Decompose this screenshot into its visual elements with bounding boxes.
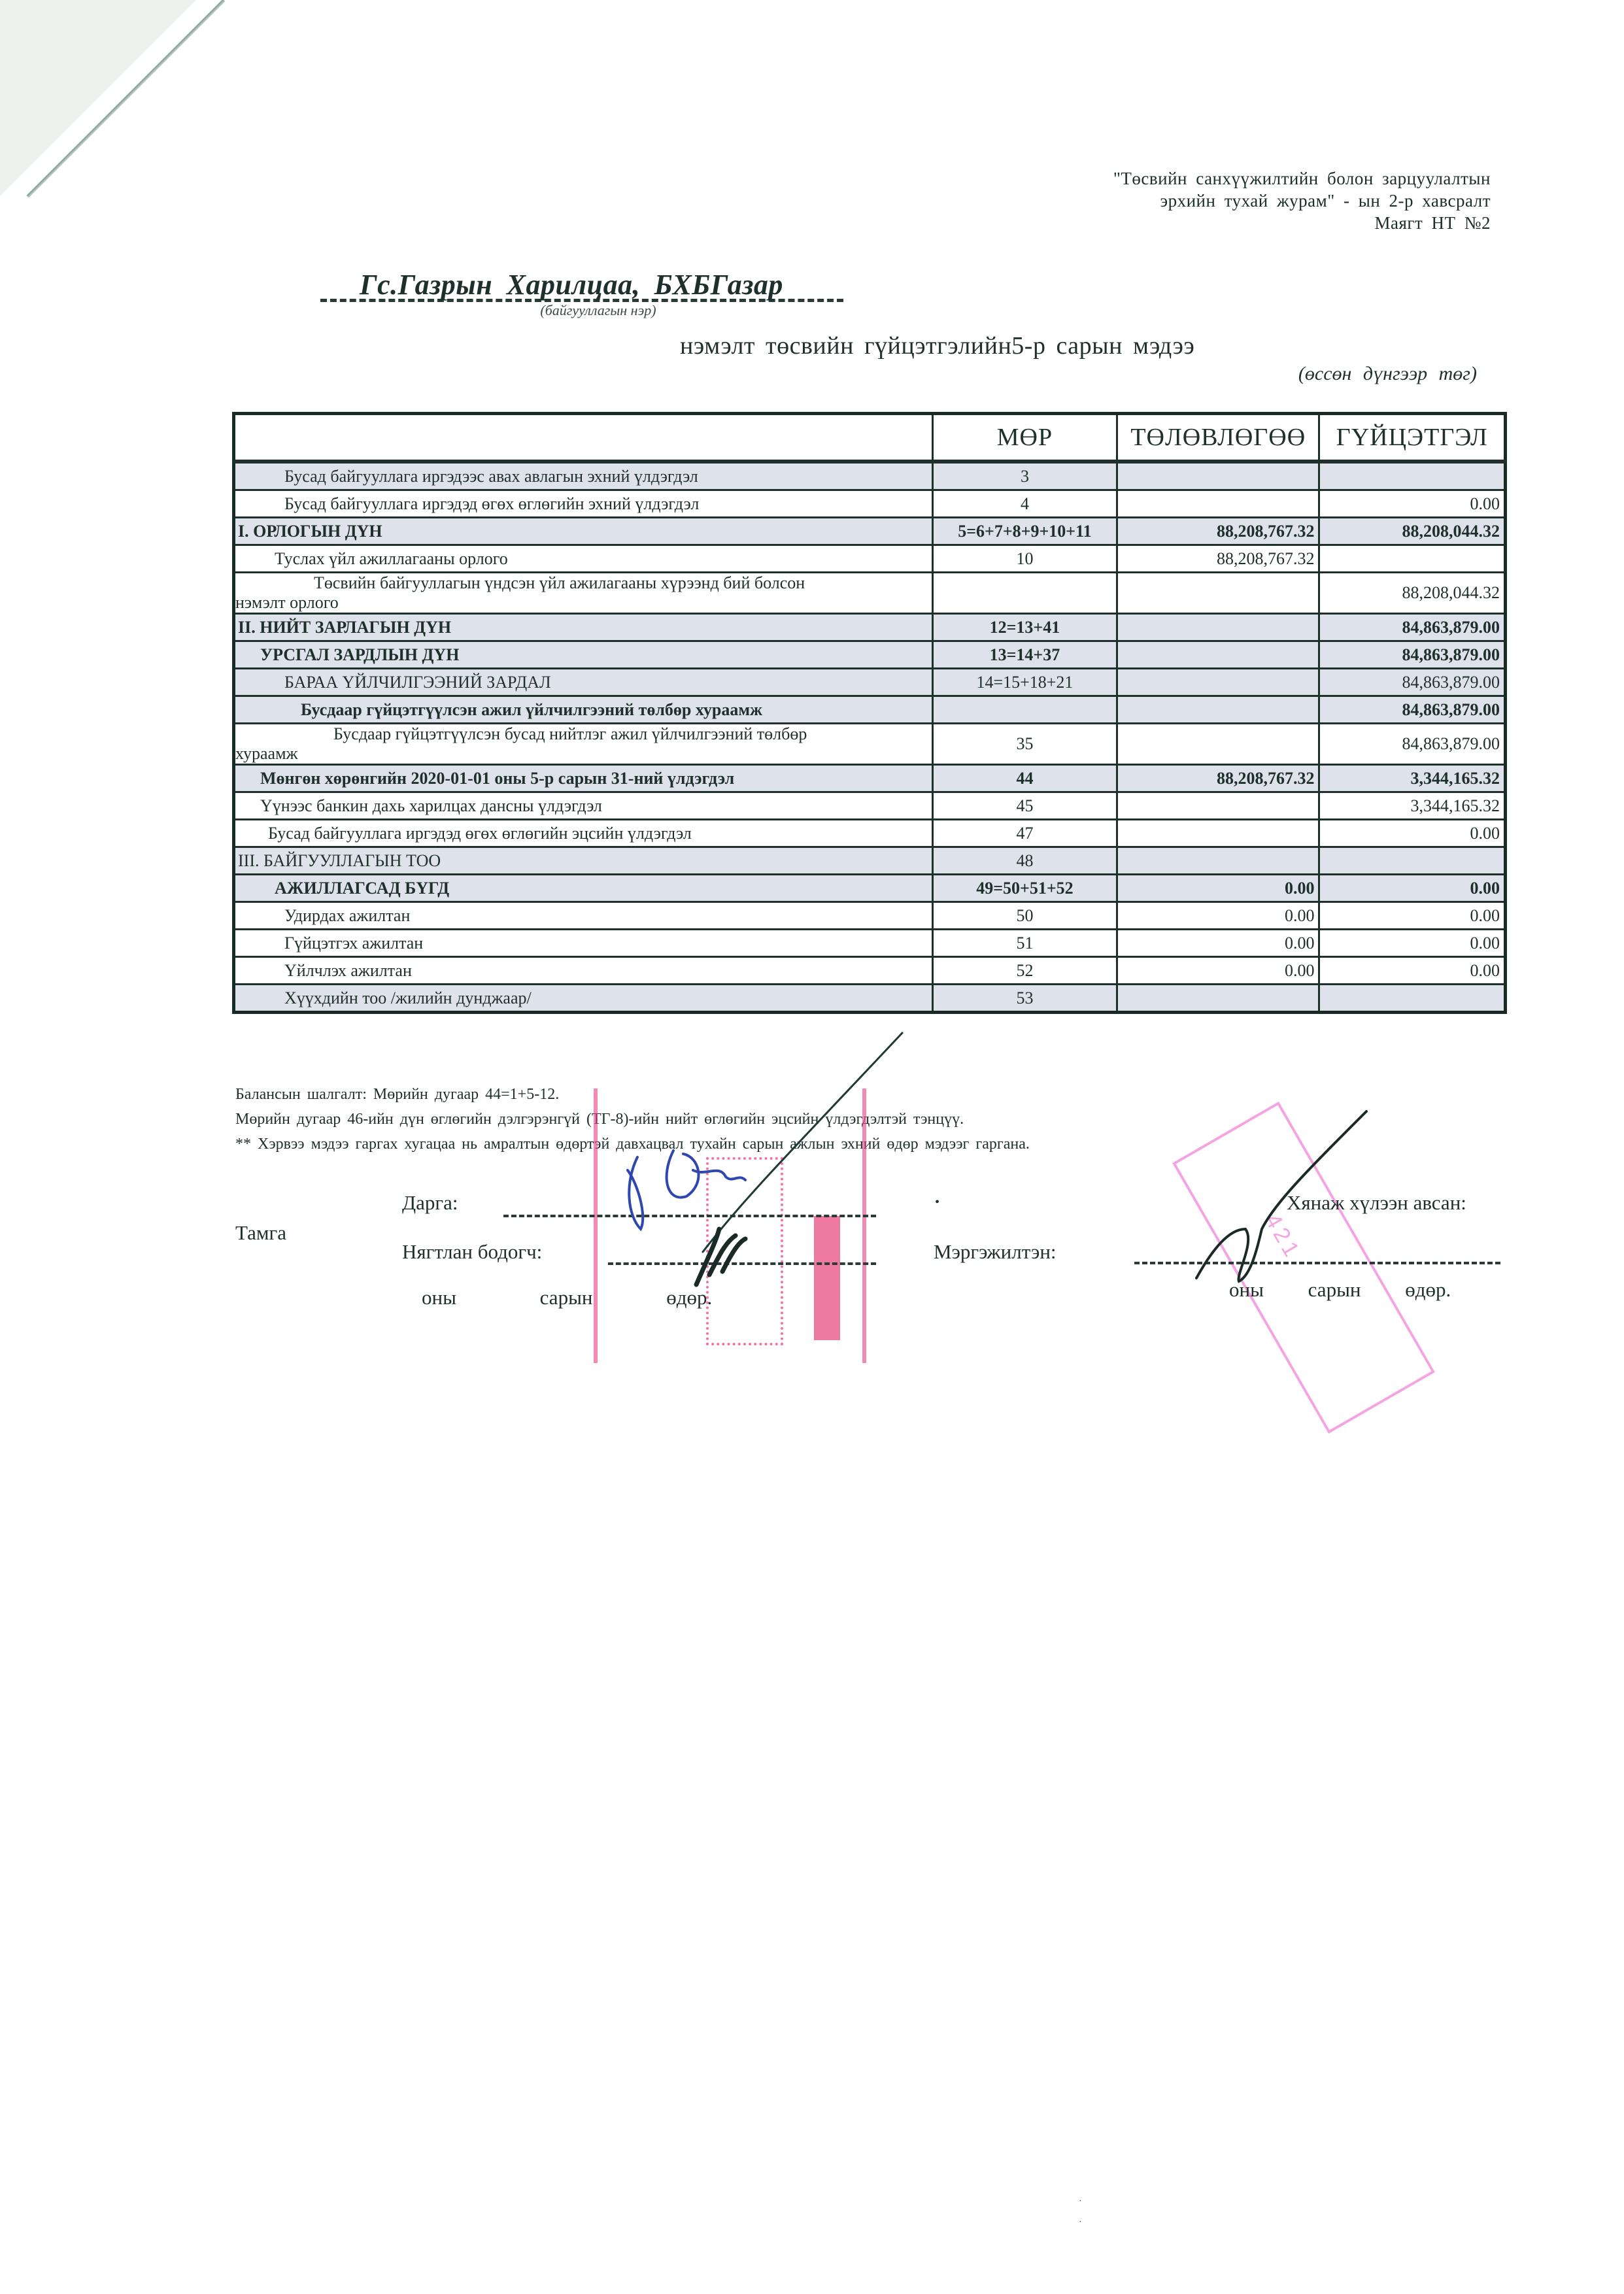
budget-report-table: МӨР ТӨЛӨВЛӨГӨӨ ГҮЙЦЭТГЭЛ Бусад байгуулла… [232, 412, 1507, 1014]
form-code: Маягт НТ №2 [1113, 212, 1491, 234]
row-plan: 0.00 [1117, 957, 1319, 985]
scan-specks: ·· [1079, 2197, 1082, 2228]
row-label: Бусад байгууллага иргэдэд өгөх өглөгийн … [234, 820, 933, 847]
row-plan [1117, 614, 1319, 641]
row-actual: 84,863,879.00 [1319, 614, 1506, 641]
row-actual: 0.00 [1319, 930, 1506, 957]
specialist-signature-line [1134, 1262, 1500, 1264]
table-row: Гүйцэтгэх ажилтан 51 0.00 0.00 [234, 930, 1506, 957]
row-actual: 3,344,165.32 [1319, 792, 1506, 820]
row-actual [1319, 462, 1506, 490]
seal-bar [814, 1216, 840, 1340]
row-label-line-1: Бусдаар гүйцэтгүүлсэн бусад нийтлэг ажил… [333, 724, 807, 743]
reviewed-label: Хянаж хүлээн авсан: [1287, 1191, 1466, 1215]
row-code: 51 [932, 930, 1117, 957]
row-plan: 0.00 [1117, 930, 1319, 957]
accountant-signature-line [608, 1262, 876, 1265]
table-row: Бусдаар гүйцэтгүүлсэн бусад нийтлэг ажил… [234, 724, 1506, 765]
table-row-section-expense: II. НИЙТ ЗАРЛАГЫН ДҮН 12=13+41 84,863,87… [234, 614, 1506, 641]
row-label: II. НИЙТ ЗАРЛАГЫН ДҮН [234, 614, 933, 641]
table-row: Туслах үйл ажиллагааны орлого 10 88,208,… [234, 545, 1506, 573]
table-row: БАРАА ҮЙЛЧИЛГЭЭНИЙ ЗАРДАЛ 14=15+18+21 84… [234, 669, 1506, 696]
appendix-line-2: эрхийн тухай журам" - ын 2-р хавсралт [1113, 190, 1491, 212]
row-plan [1117, 669, 1319, 696]
header-actual: ГҮЙЦЭТГЭЛ [1319, 414, 1506, 462]
row-code: 53 [932, 985, 1117, 1013]
row-label: Бусдаар гүйцэтгүүлсэн ажил үйлчилгээний … [234, 696, 933, 724]
row-actual [1319, 545, 1506, 573]
date-right-day: өдөр. [1405, 1278, 1451, 1301]
row-label: УРСГАЛ ЗАРДЛЫН ДҮН [234, 641, 933, 669]
appendix-note: "Төсвийн санхүүжилтийн болон зарцуулалты… [1113, 167, 1491, 234]
row-label: Бусад байгууллага иргэдэд өгөх өглөгийн … [234, 490, 933, 518]
row-label: Төсвийн байгууллагын үндсэн үйл ажилагаа… [234, 573, 933, 614]
row-actual: 0.00 [1319, 875, 1506, 902]
row-actual: 88,208,044.32 [1319, 518, 1506, 545]
row-actual: 88,208,044.32 [1319, 573, 1506, 614]
review-stamp [1172, 1102, 1435, 1434]
row-code: 48 [932, 847, 1117, 875]
table-row: Хүүхдийн тоо /жилийн дунджаар/ 53 [234, 985, 1506, 1013]
row-label-line-1: Төсвийн байгууллагын үндсэн үйл ажилагаа… [314, 573, 805, 592]
table-row: Үйлчлэх ажилтан 52 0.00 0.00 [234, 957, 1506, 985]
row-plan [1117, 462, 1319, 490]
table-row: УРСГАЛ ЗАРДЛЫН ДҮН 13=14+37 84,863,879.0… [234, 641, 1506, 669]
appendix-line-1: "Төсвийн санхүүжилтийн болон зарцуулалты… [1113, 167, 1491, 190]
row-plan: 88,208,767.32 [1117, 765, 1319, 792]
row-code: 50 [932, 902, 1117, 930]
header-plan: ТӨЛӨВЛӨГӨӨ [1117, 414, 1319, 462]
row-plan: 88,208,767.32 [1117, 518, 1319, 545]
date-left: оны сарын өдөр. [422, 1286, 712, 1309]
organization-block: Гс.Газрын Харилцаа, БХБГазар (байгууллаг… [320, 268, 850, 319]
row-label: Гүйцэтгэх ажилтан [234, 930, 933, 957]
table-row-cash-balance: Мөнгөн хөрөнгийн 2020-01-01 оны 5-р сары… [234, 765, 1506, 792]
row-plan [1117, 490, 1319, 518]
row-actual: 3,344,165.32 [1319, 765, 1506, 792]
table-row-section-income: I. ОРЛОГЫН ДҮН 5=6+7+8+9+10+11 88,208,76… [234, 518, 1506, 545]
table-row: Бусад байгууллага иргэдэд өгөх өглөгийн … [234, 490, 1506, 518]
row-label: Бусад байгууллага иргэдээс авах авлагын … [234, 462, 933, 490]
row-plan [1117, 724, 1319, 765]
row-label: Үйлчлэх ажилтан [234, 957, 933, 985]
row-label: АЖИЛЛАГСАД БҮГД [234, 875, 933, 902]
date-right-month: сарын [1308, 1278, 1361, 1301]
row-code: 49=50+51+52 [932, 875, 1117, 902]
row-code [932, 696, 1117, 724]
row-label: I. ОРЛОГЫН ДҮН [234, 518, 933, 545]
row-actual: 0.00 [1319, 820, 1506, 847]
row-code: 10 [932, 545, 1117, 573]
dot-mark: • [935, 1195, 939, 1210]
row-actual: 0.00 [1319, 957, 1506, 985]
row-plan [1117, 696, 1319, 724]
table-header-row: МӨР ТӨЛӨВЛӨГӨӨ ГҮЙЦЭТГЭЛ [234, 414, 1506, 462]
row-actual: 84,863,879.00 [1319, 724, 1506, 765]
row-code: 35 [932, 724, 1117, 765]
header-label [234, 414, 933, 462]
row-plan [1117, 573, 1319, 614]
report-title: нэмэлт төсвийн гүйцэтгэлийн5-р сарын мэд… [680, 331, 1194, 360]
date-left-month: сарын [540, 1286, 593, 1309]
row-label: III. БАЙГУУЛЛАГЫН ТОО [234, 847, 933, 875]
table-row: АЖИЛЛАГСАД БҮГД 49=50+51+52 0.00 0.00 [234, 875, 1506, 902]
table-row-section-staff: III. БАЙГУУЛЛАГЫН ТОО 48 [234, 847, 1506, 875]
table-row: Бусад байгууллага иргэдээс авах авлагын … [234, 462, 1506, 490]
row-plan [1117, 820, 1319, 847]
date-left-year: оны [422, 1286, 456, 1309]
table-row: Бусдаар гүйцэтгүүлсэн ажил үйлчилгээний … [234, 696, 1506, 724]
row-code: 45 [932, 792, 1117, 820]
row-plan [1117, 985, 1319, 1013]
currency-unit-note: (өссөн дүнгээр төг) [1298, 363, 1477, 385]
row-code [932, 573, 1117, 614]
table-row: Төсвийн байгууллагын үндсэн үйл ажилагаа… [234, 573, 1506, 614]
row-label-line-2: нэмэлт орлого [235, 593, 928, 613]
row-actual: 84,863,879.00 [1319, 641, 1506, 669]
date-right-year: оны [1229, 1278, 1264, 1301]
row-label: Мөнгөн хөрөнгийн 2020-01-01 оны 5-р сары… [234, 765, 933, 792]
row-plan [1117, 847, 1319, 875]
row-label: Туслах үйл ажиллагааны орлого [234, 545, 933, 573]
organization-name: Гс.Газрын Харилцаа, БХБГазар [360, 268, 850, 301]
row-code: 52 [932, 957, 1117, 985]
row-code: 5=6+7+8+9+10+11 [932, 518, 1117, 545]
row-code: 14=15+18+21 [932, 669, 1117, 696]
seal-emblem [706, 1157, 783, 1345]
row-plan: 88,208,767.32 [1117, 545, 1319, 573]
row-code: 44 [932, 765, 1117, 792]
row-actual [1319, 985, 1506, 1013]
row-actual [1319, 847, 1506, 875]
row-plan: 0.00 [1117, 902, 1319, 930]
row-label: Үүнээс банкин дахь харилцах дансны үлдэг… [234, 792, 933, 820]
table-row: Үүнээс банкин дахь харилцах дансны үлдэг… [234, 792, 1506, 820]
row-plan: 0.00 [1117, 875, 1319, 902]
stamp-label: Тамга [235, 1221, 286, 1245]
row-actual: 84,863,879.00 [1319, 669, 1506, 696]
specialist-label: Мэргэжилтэн: [934, 1240, 1057, 1264]
row-code: 47 [932, 820, 1117, 847]
date-right: оны сарын өдөр. [1229, 1278, 1451, 1302]
row-label: Удирдах ажилтан [234, 902, 933, 930]
row-code: 4 [932, 490, 1117, 518]
table-row: Бусад байгууллага иргэдэд өгөх өглөгийн … [234, 820, 1506, 847]
row-plan [1117, 641, 1319, 669]
table-row: Удирдах ажилтан 50 0.00 0.00 [234, 902, 1506, 930]
organization-caption: (байгууллагын нэр) [347, 302, 850, 319]
accountant-label: Нягтлан бодогч: [402, 1240, 542, 1264]
row-label-line-2: хураамж [235, 744, 928, 764]
row-code: 12=13+41 [932, 614, 1117, 641]
director-signature-line [503, 1215, 876, 1217]
row-actual: 84,863,879.00 [1319, 696, 1506, 724]
row-plan [1117, 792, 1319, 820]
row-code: 3 [932, 462, 1117, 490]
header-row-number: МӨР [932, 414, 1117, 462]
row-label: БАРАА ҮЙЛЧИЛГЭЭНИЙ ЗАРДАЛ [234, 669, 933, 696]
date-left-day: өдөр. [666, 1286, 712, 1309]
row-actual: 0.00 [1319, 490, 1506, 518]
page-corner-fold [0, 0, 196, 196]
row-label: Бусдаар гүйцэтгүүлсэн бусад нийтлэг ажил… [234, 724, 933, 765]
row-code: 13=14+37 [932, 641, 1117, 669]
row-label: Хүүхдийн тоо /жилийн дунджаар/ [234, 985, 933, 1013]
row-actual: 0.00 [1319, 902, 1506, 930]
director-label: Дарга: [402, 1191, 458, 1215]
